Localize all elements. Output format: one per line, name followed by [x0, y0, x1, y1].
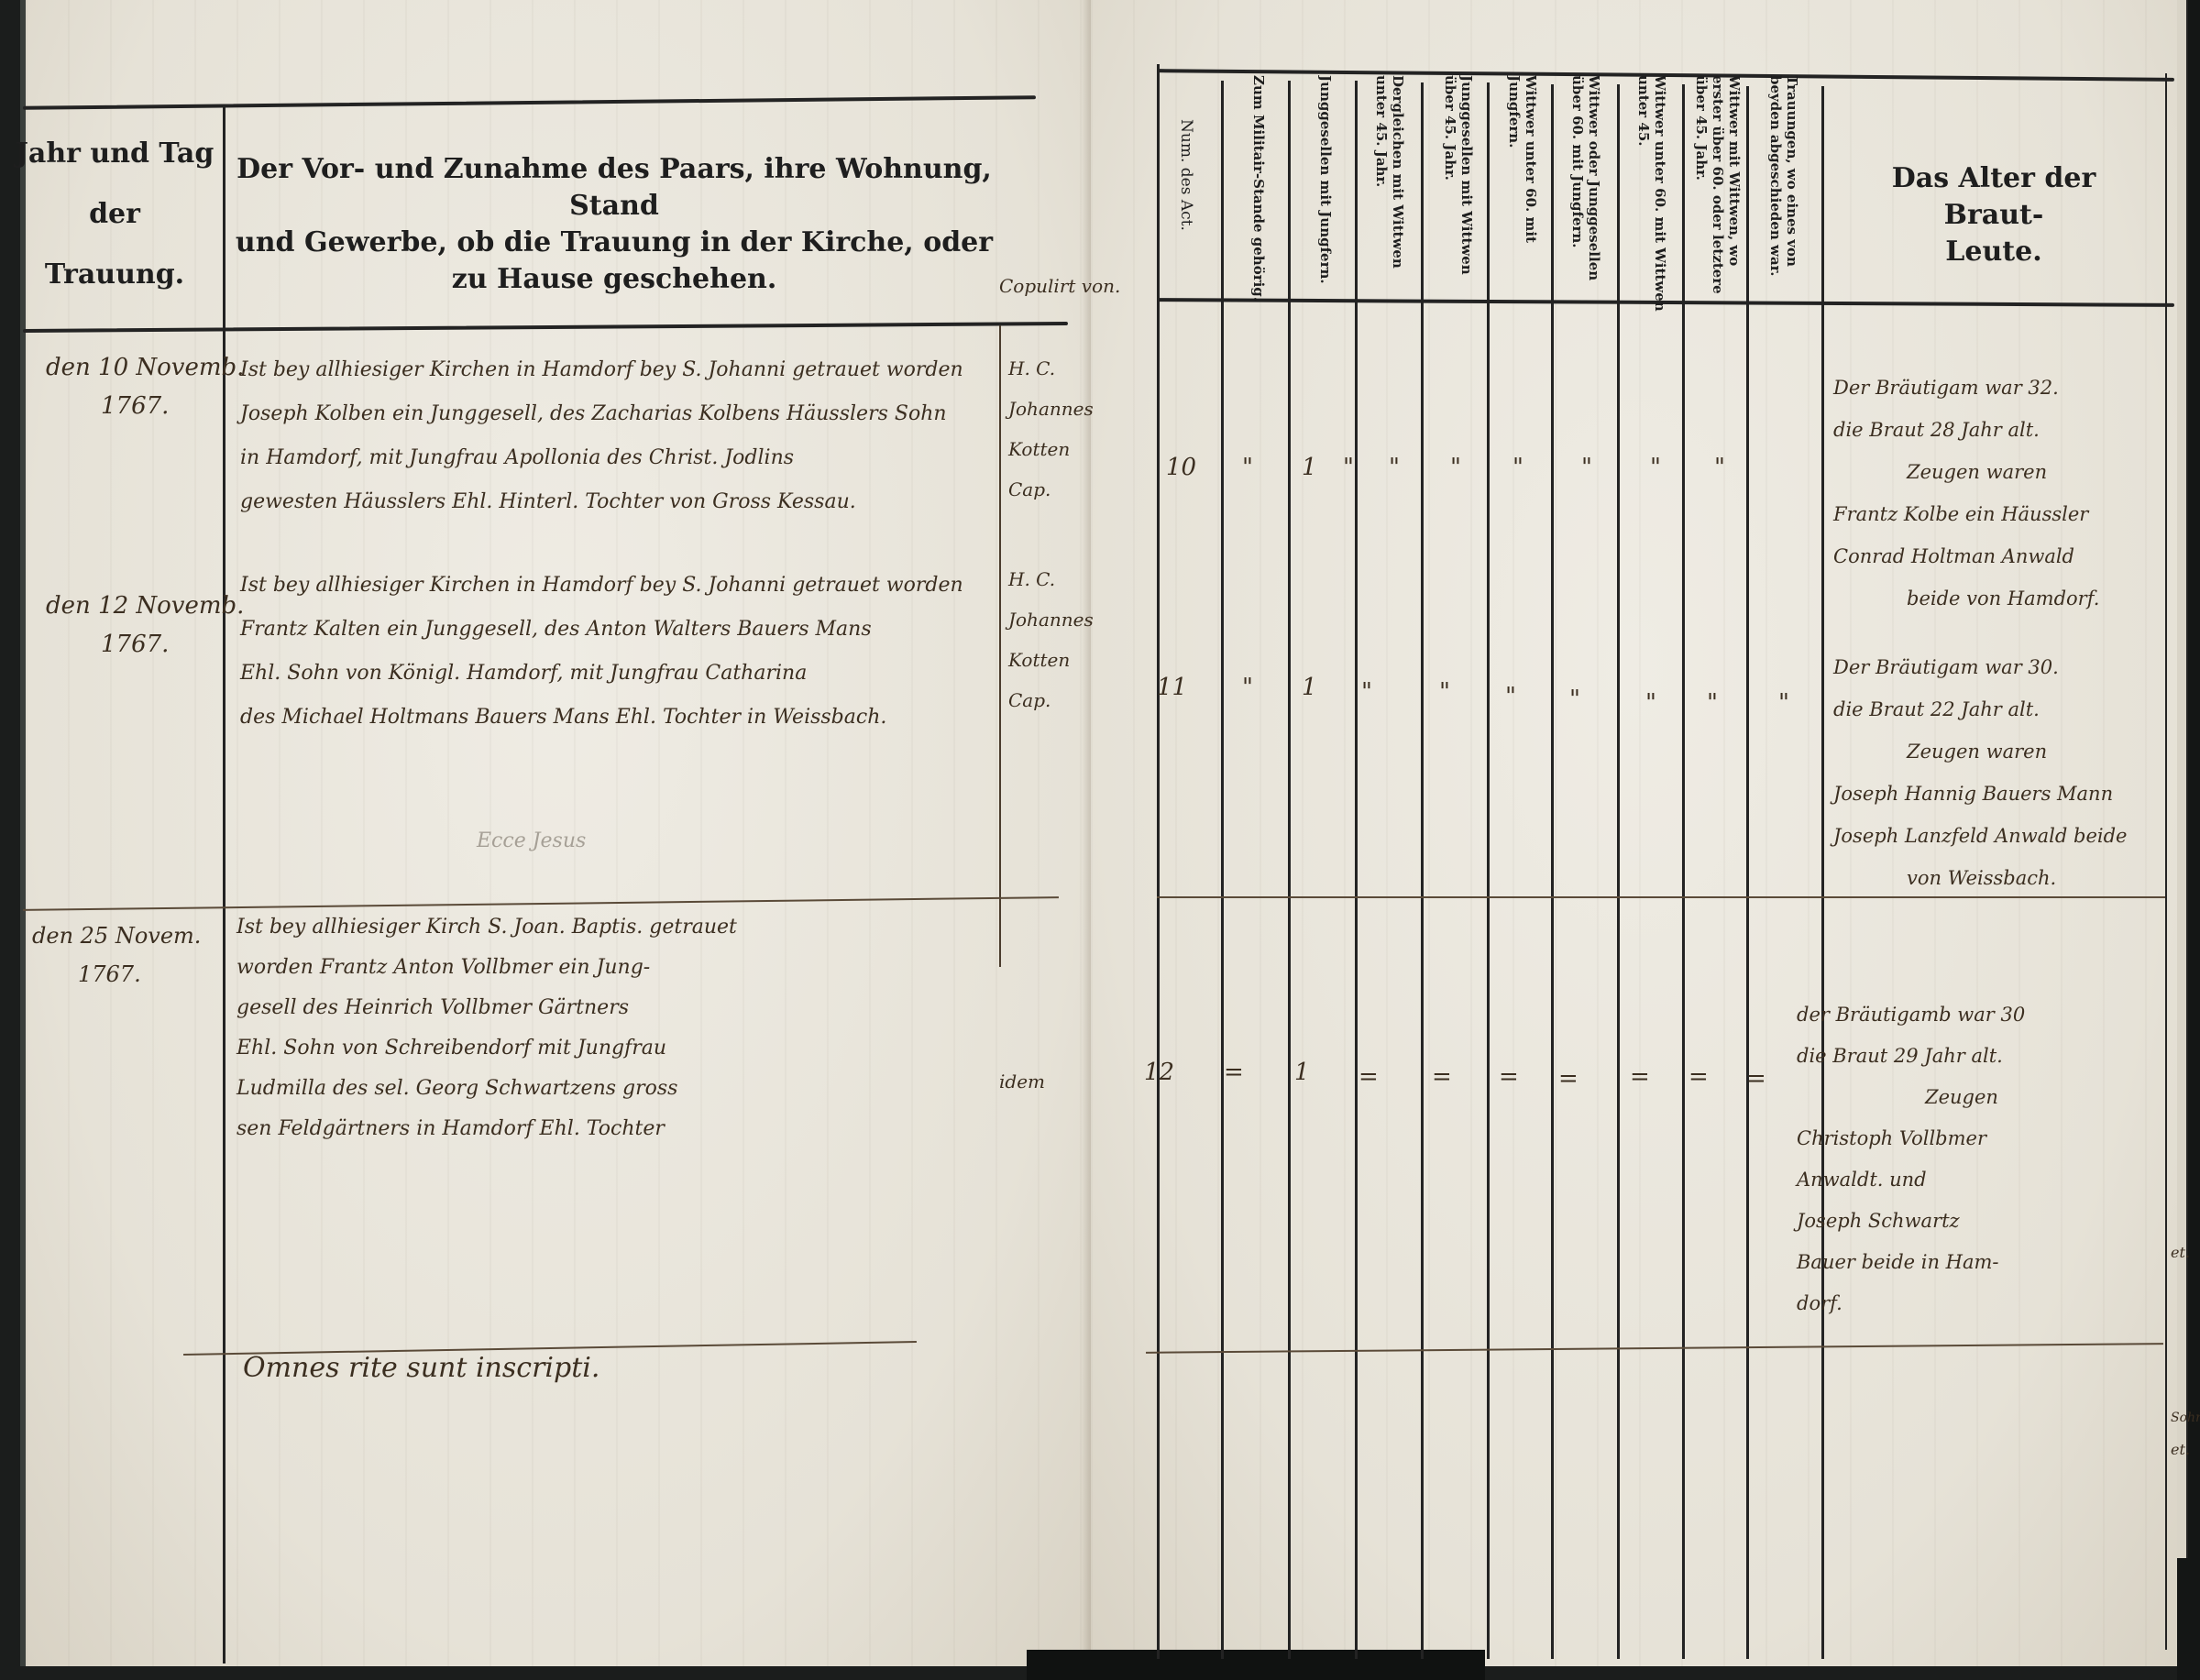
row-12-mark: =	[1558, 1065, 1578, 1093]
entry-2-text: Ist bey allhiesiger Kirchen in Hamdorf b…	[240, 564, 963, 740]
margin-fragment: et.	[2171, 1430, 2190, 1470]
row-10-num: 10	[1166, 454, 1196, 481]
row-11-mark: "	[1361, 678, 1372, 706]
entry-1-date: den 10 Novemb. 1767.	[46, 348, 244, 425]
col-header-widowers-widows-over: Wittwer mit Wittwen, wo erster über 60. …	[1691, 75, 1743, 313]
header-age-column: Das Alter der Braut- Leute.	[1842, 160, 2145, 270]
row-10-mark: "	[1714, 454, 1725, 481]
row-10-mark: "	[1512, 454, 1523, 481]
header-names-column: Der Vor- und Zunahme des Paars, ihre Woh…	[234, 151, 995, 298]
col-divider-7	[1617, 84, 1620, 1659]
row-12-mark: =	[1224, 1059, 1244, 1086]
row-10-mark: "	[1650, 454, 1661, 481]
row-11-mark: "	[1707, 689, 1718, 717]
entry-2-officiant: H. C. Johannes Kotten Cap.	[1008, 559, 1094, 720]
background-gap	[1027, 1650, 1485, 1680]
row-11-mark: "	[1645, 689, 1656, 717]
entry-3-date: den 25 Novem. 1767.	[32, 917, 201, 994]
row-11-num: 11	[1157, 674, 1187, 701]
col-header-widowers-under-60: Wittwer unter 60. mit Jungfern.	[1499, 75, 1539, 313]
col-header-bachelors-maidens: Junggesellen mit Jungfern.	[1306, 75, 1334, 313]
margin-fragment: et.	[2171, 1233, 2190, 1273]
left-names-column-divider	[999, 325, 1001, 967]
col-divider-3	[1355, 81, 1358, 1659]
col-divider-8	[1682, 84, 1685, 1659]
right-outer-left-rule	[1157, 64, 1160, 1659]
entry-2-date: den 12 Novemb. 1767.	[46, 587, 244, 664]
faint-scribble: Ecce Jesus	[477, 829, 586, 852]
col-divider-6	[1551, 84, 1554, 1659]
entry-3-text: Ist bey allhiesiger Kirch S. Joan. Bapti…	[236, 907, 737, 1149]
row-11-mark: 1	[1302, 674, 1317, 701]
row-10-mark: "	[1389, 454, 1400, 481]
next-page-sliver	[2177, 0, 2188, 1558]
header-date-column: Jahr und Tag der Trauung.	[9, 124, 220, 305]
row-10-age-text: Der Bräutigam war 32. die Braut 28 Jahr …	[1833, 367, 2099, 620]
row-12-mark: =	[1358, 1063, 1379, 1091]
col-divider-1	[1221, 81, 1224, 1659]
col-header-widows-over-45: Junggesellen mit Wittwen über 45. Jahr.	[1435, 75, 1475, 313]
col-header-num: Num. des Act.	[1178, 119, 1194, 357]
row-11-mark: "	[1439, 678, 1450, 706]
col-divider-4	[1421, 82, 1424, 1659]
entry-3-officiant: idem	[999, 1061, 1045, 1102]
right-outer-right-rule	[2165, 73, 2167, 1650]
left-date-column-divider	[223, 105, 225, 1664]
row-10-mark: "	[1581, 454, 1592, 481]
row-12-mark: =	[1499, 1063, 1519, 1091]
row-12-num: 12	[1144, 1059, 1174, 1086]
col-header-divorced: Trauungen, wo eines von beyden abgeschie…	[1760, 75, 1800, 313]
officiant-column-header: Copulirt von.	[999, 266, 1120, 306]
col-header-widows-under-45: Dergleichen mit Wittwen unter 45. Jahr.	[1366, 75, 1406, 313]
col-header-military: Zum Militair-Stande gehörig.	[1230, 75, 1267, 313]
row-10-mark: "	[1242, 454, 1253, 481]
row-12-mark: =	[1746, 1065, 1766, 1093]
col-header-widowers-widows-under-45: Wittwer unter 60. mit Wittwen unter 45.	[1628, 75, 1668, 313]
entry-1-text: Ist bey allhiesiger Kirchen in Hamdorf b…	[240, 348, 963, 524]
row-11-mark: "	[1778, 689, 1789, 717]
col-divider-10	[1821, 86, 1824, 1659]
row-12-mark: =	[1630, 1063, 1650, 1091]
row-10-mark: "	[1343, 454, 1354, 481]
row-11-mark: "	[1505, 683, 1516, 710]
row-12-mark: =	[1432, 1063, 1452, 1091]
row-11-age-text: Der Bräutigam war 30. die Braut 22 Jahr …	[1833, 646, 2127, 899]
col-divider-5	[1487, 82, 1490, 1659]
row-12-mark: =	[1688, 1063, 1709, 1091]
register-spread: Jahr und Tag der Trauung. Der Vor- und Z…	[0, 0, 2200, 1680]
row-11-mark: "	[1569, 686, 1580, 713]
closing-note: Omnes rite sunt inscripti.	[243, 1352, 599, 1384]
row-10-mark: "	[1450, 454, 1461, 481]
row-12-age-text: der Bräutigamb war 30 die Braut 29 Jahr …	[1797, 994, 2025, 1324]
row-10-mark: 1	[1302, 454, 1317, 481]
row-12-mark: 1	[1294, 1059, 1310, 1086]
col-divider-2	[1288, 81, 1291, 1659]
row-11-mark: "	[1242, 674, 1253, 701]
entry-1-officiant: H. C. Johannes Kotten Cap.	[1008, 348, 1094, 510]
col-header-over-60-maidens: Wittwer oder Junggesellen über 60. mit J…	[1562, 75, 1602, 313]
col-divider-9	[1746, 86, 1749, 1659]
